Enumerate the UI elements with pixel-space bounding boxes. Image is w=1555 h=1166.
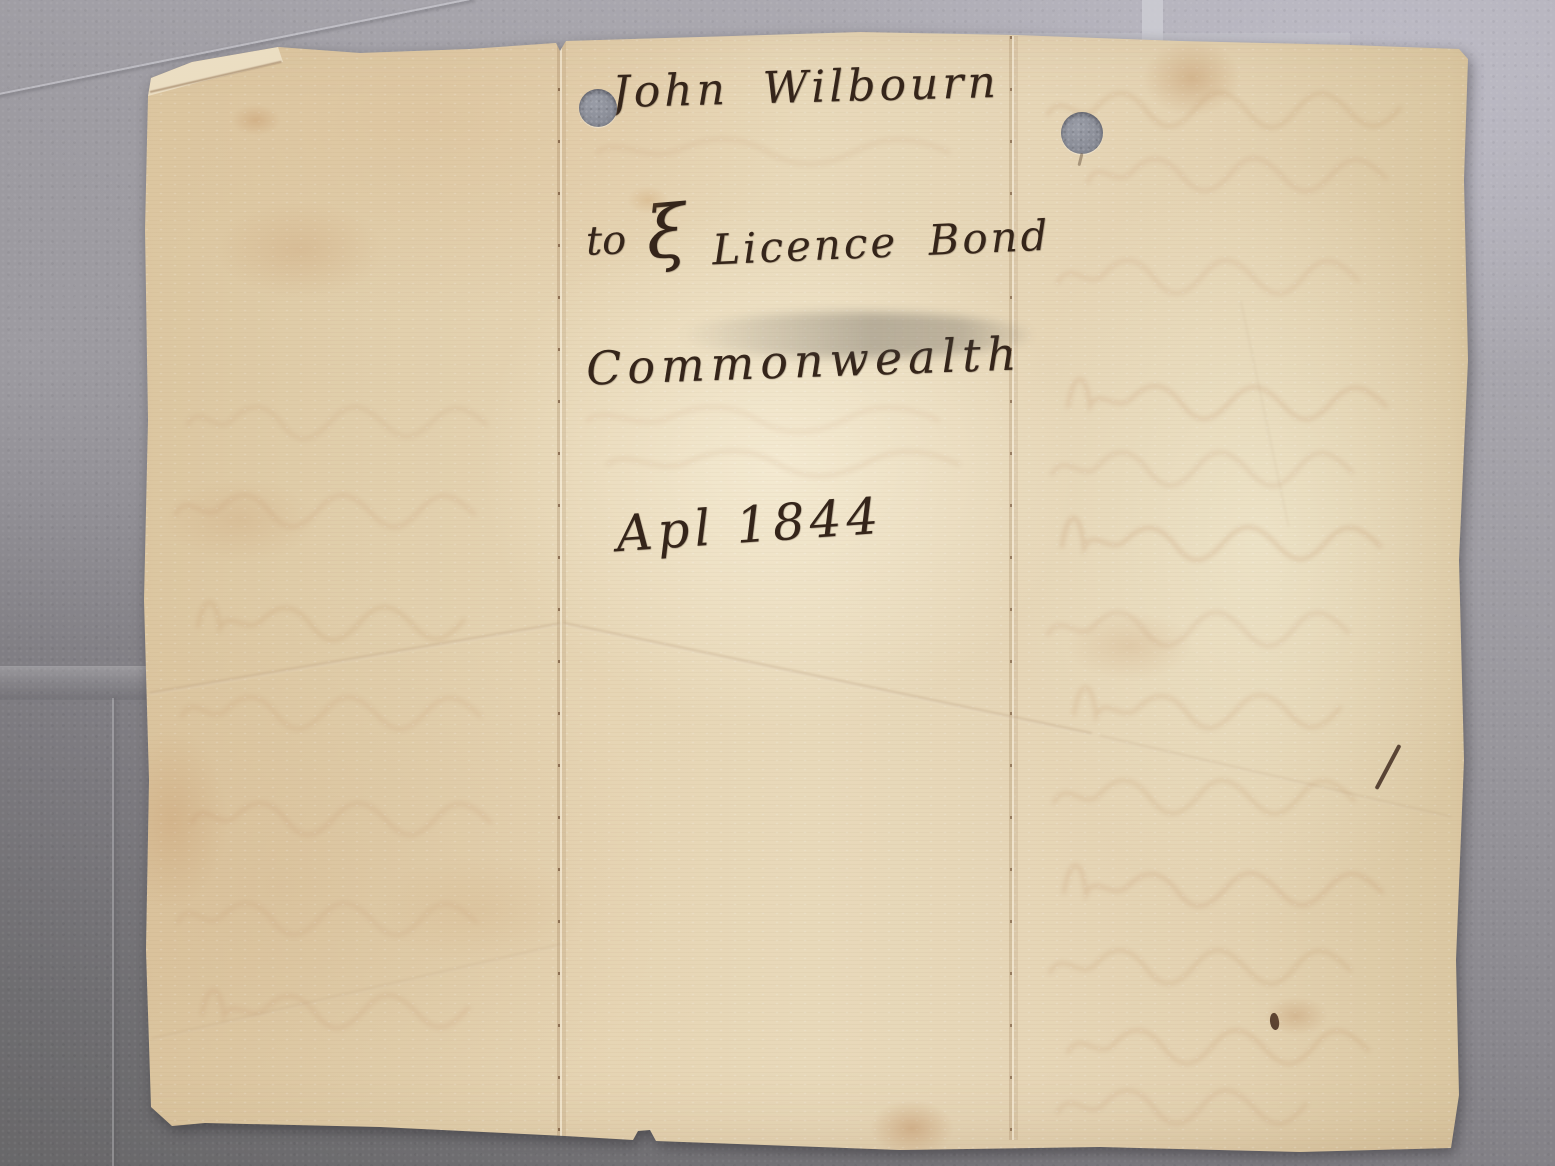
pencil-smudge	[680, 312, 1030, 358]
fold-line-right	[1009, 36, 1018, 1140]
ink-bleed-through-right	[1028, 70, 1458, 1140]
document-paper: John Wilbourn to ξ Licence Bond Commonwe…	[0, 0, 1555, 1166]
ink-bleed-through-middle	[568, 120, 1008, 500]
docket-party-line: Commonwealth	[585, 326, 1023, 395]
crease-line-middle	[563, 622, 1092, 735]
photo-stage: John Wilbourn to ξ Licence Bond Commonwe…	[0, 0, 1555, 1166]
document-paper-wrapper: John Wilbourn to ξ Licence Bond Commonwe…	[0, 0, 1555, 1166]
crease-line-right	[1100, 735, 1451, 819]
ink-spot-mark	[1268, 1012, 1280, 1030]
crease-line-right-vertical	[1239, 301, 1290, 527]
torn-corner-flap	[0, 0, 1555, 1166]
docket-to-word: to	[585, 217, 627, 264]
ink-bleed-through-left	[158, 390, 548, 1110]
punch-hole-left	[579, 89, 617, 127]
crease-line-left	[150, 623, 561, 695]
docket-subject-line: Licence Bond	[711, 211, 1051, 275]
docket-brace-flourish: ξ	[643, 194, 689, 269]
corner-flap-crease	[150, 61, 282, 93]
fold-line-left	[557, 36, 566, 1140]
docket-date-line: Apl 1844	[614, 487, 885, 564]
crease-line-bottom-left	[152, 944, 562, 1041]
punch-hole-right	[1061, 112, 1103, 154]
ink-slash-mark	[1374, 744, 1401, 790]
docket-name-line: John Wilbourn	[611, 57, 1000, 118]
